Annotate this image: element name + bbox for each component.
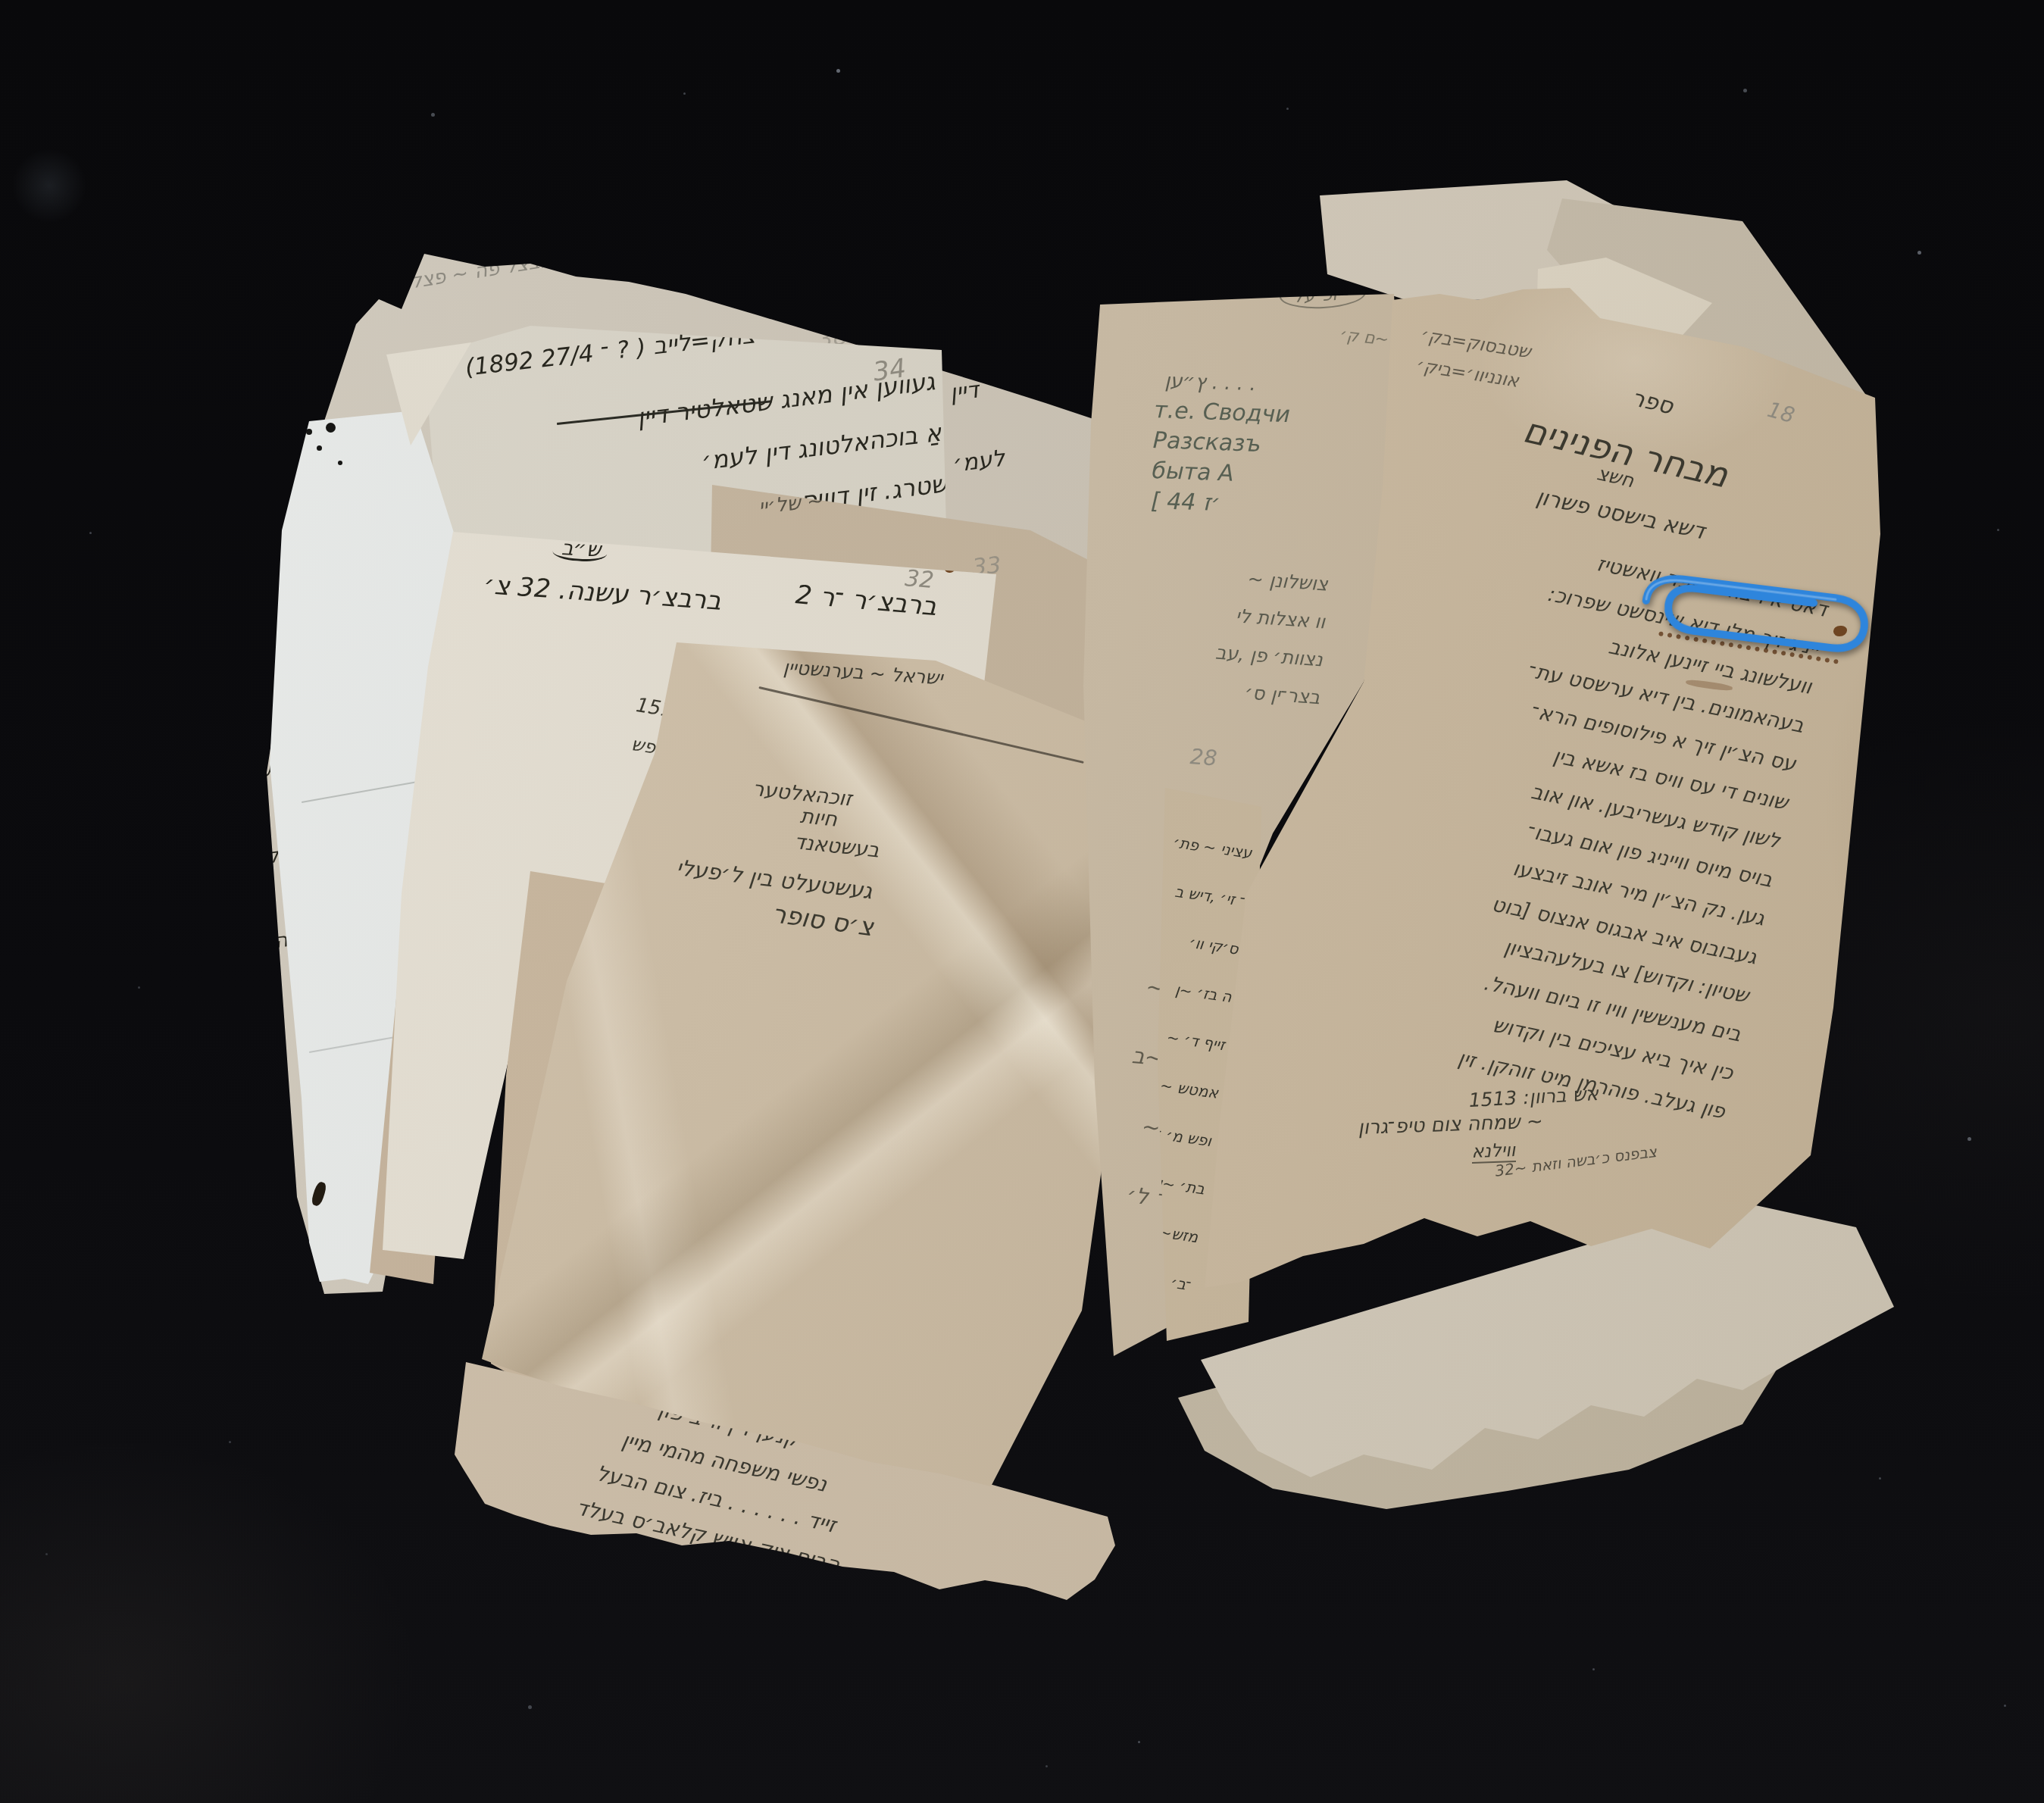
handwritten-word: צ׳ס סופר [770,898,876,942]
ink-blot [338,461,342,465]
handwritten-line: ברבצ׳ר עשנה. 32 צ׳ [483,570,722,617]
edge-glyph: קי [259,845,280,870]
dust-specks [0,0,2,2]
intro-line: דשא בישסט פשרון [1534,483,1708,544]
handwritten-word: געשטעלט בין ל׳פעלי [675,855,874,904]
ink-blot [306,429,312,435]
edge-glyph: שי [252,759,273,784]
ink-blot [326,423,336,433]
paperclip-wire [1643,575,1867,652]
page-number-18: 18 [1764,397,1797,428]
edge-glyph: זע [244,433,266,458]
pencil-scribble: ואבצל פה ~ פצלץ עו [375,248,559,298]
handwritten-fragment: לעמ׳ [952,445,1006,478]
russian-text: т.е. Сводчи Разсказъ быта А [ 44 ׳ז [1150,395,1396,525]
edge-glyph: ה׳ [265,929,289,955]
corner-note: אונניוו׳=ביק׳ [1415,355,1520,392]
title-word-sefer: ספר [1629,385,1676,420]
corner-mark: ם ק׳~ [1339,326,1389,350]
paper-crease [302,779,429,802]
ink-blot [317,445,322,451]
faint-line: ץ״ען . . . . [1164,370,1256,395]
page-number-32: 32 [904,565,935,594]
signature-footnote: צבפנס כ׳בשה וזאת ~32 [1494,1142,1658,1180]
signature: ~ שמחה צום טיפ־גרון [1358,1110,1543,1139]
edge-glyph: ףכ [236,506,262,532]
handwritten-fragment: דיין [949,377,980,406]
page-number-28: 28 [1189,744,1218,770]
edge-glyph: ג׳ [247,676,266,701]
signature-line: אש ברוון: 1513 [1468,1083,1599,1111]
edge-glyph: בו [241,590,261,615]
handwritten-line: ישראל ~ בערנשטיין [783,656,944,689]
edge-glyph: ץ [271,1015,285,1039]
paper-tear [310,1181,327,1208]
ink-blot [302,415,305,419]
circled-note: וכ׳על~ [1279,279,1367,311]
handwritten-word: בעשטאנד [793,830,880,863]
handwritten-word: חיות [799,805,839,832]
yiddish-faded-text: צושלונן ~ וו אצלות לי נצוות׳ פן ,עב בצר־… [1137,553,1329,717]
photo-canvas: ואבצל פה ~ פצלץ עו 38 דיין לעמ׳ ם זע ףכ … [0,0,2044,1803]
